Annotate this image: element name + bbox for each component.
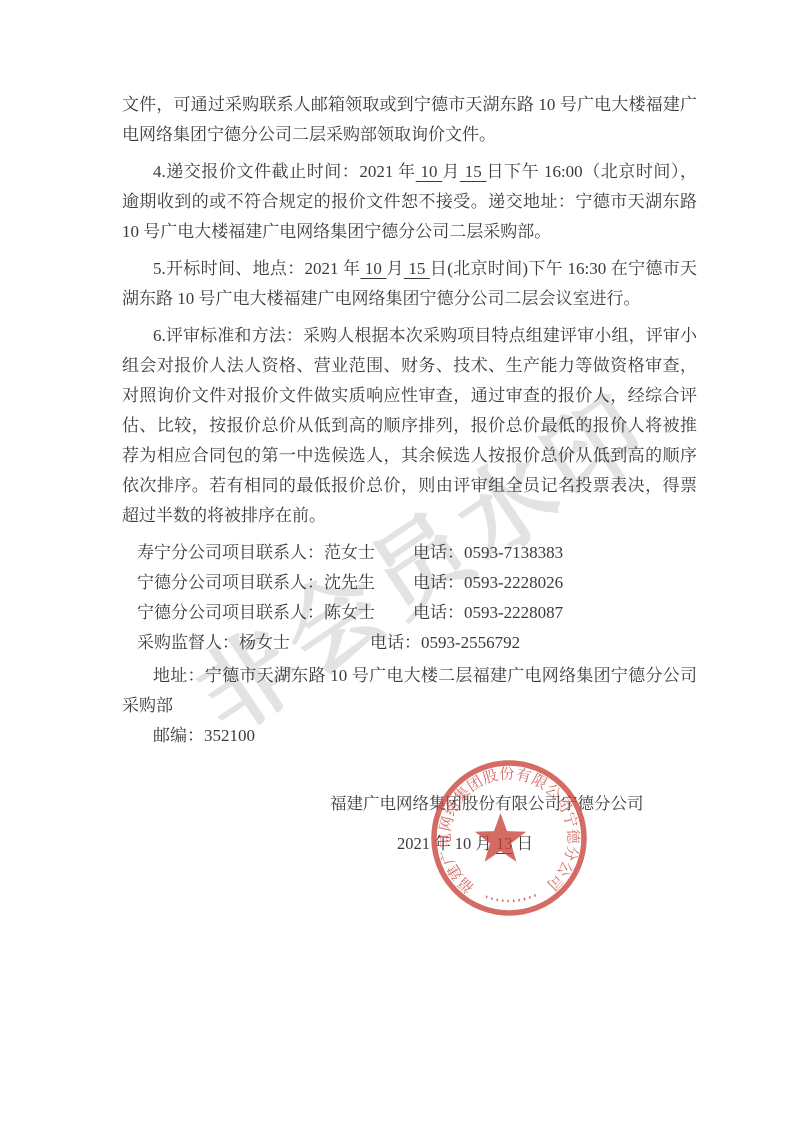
address-block: 地址：宁德市天湖东路 10 号广电大楼二层福建广电网络集团宁德分公司采购部 邮编… [122,661,697,751]
paragraph-pickup-location: 文件，可通过采购联系人邮箱领取或到宁德市天湖东路 10 号广电大楼福建广电网络集… [122,90,697,150]
paragraph-6-evaluation-criteria: 6.评审标准和方法：采购人根据本次采购项目特点组建评审小组，评审小组会对报价人法… [122,321,697,531]
contact-phone: 电话：0593-2556792 [370,633,520,652]
seal-star-icon [475,813,526,862]
postcode-line: 邮编：352100 [122,721,697,751]
seal-serial-marks [482,895,535,901]
contact-person: 宁德分公司项目联系人：陈女士 [137,598,413,628]
contact-phone: 电话：0593-2228087 [413,603,563,622]
address-line: 地址：宁德市天湖东路 10 号广电大楼二层福建广电网络集团宁德分公司采购部 [122,661,697,721]
document-body: 文件，可通过采购联系人邮箱领取或到宁德市天湖东路 10 号广电大楼福建广电网络集… [0,0,793,751]
contact-row-shouning: 寿宁分公司项目联系人：范女士电话：0593-7138383 [122,538,697,568]
official-seal: 福建广电网络集团股份有限公司宁德分公司 [430,759,588,917]
contact-phone: 电话：0593-7138383 [413,543,563,562]
contact-phone: 电话：0593-2228026 [413,573,563,592]
contact-list: 寿宁分公司项目联系人：范女士电话：0593-7138383 宁德分公司项目联系人… [122,538,697,658]
contact-row-ningde-1: 宁德分公司项目联系人：沈先生电话：0593-2228026 [122,568,697,598]
document-page: 非会员水印 文件，可通过采购联系人邮箱领取或到宁德市天湖东路 10 号广电大楼福… [0,0,793,1121]
contact-person: 寿宁分公司项目联系人：范女士 [137,538,413,568]
paragraph-4-submission-deadline: 4.递交报价文件截止时间：2021 年 10 月 15 日下午 16:00（北京… [122,157,697,247]
contact-person: 采购监督人：杨女士 [137,628,370,658]
paragraph-5-bid-opening: 5.开标时间、地点：2021 年 10 月 15 日(北京时间)下午 16:30… [122,254,697,314]
contact-row-ningde-2: 宁德分公司项目联系人：陈女士电话：0593-2228087 [122,598,697,628]
contact-person: 宁德分公司项目联系人：沈先生 [137,568,413,598]
contact-row-supervisor: 采购监督人：杨女士电话：0593-2556792 [122,628,697,658]
